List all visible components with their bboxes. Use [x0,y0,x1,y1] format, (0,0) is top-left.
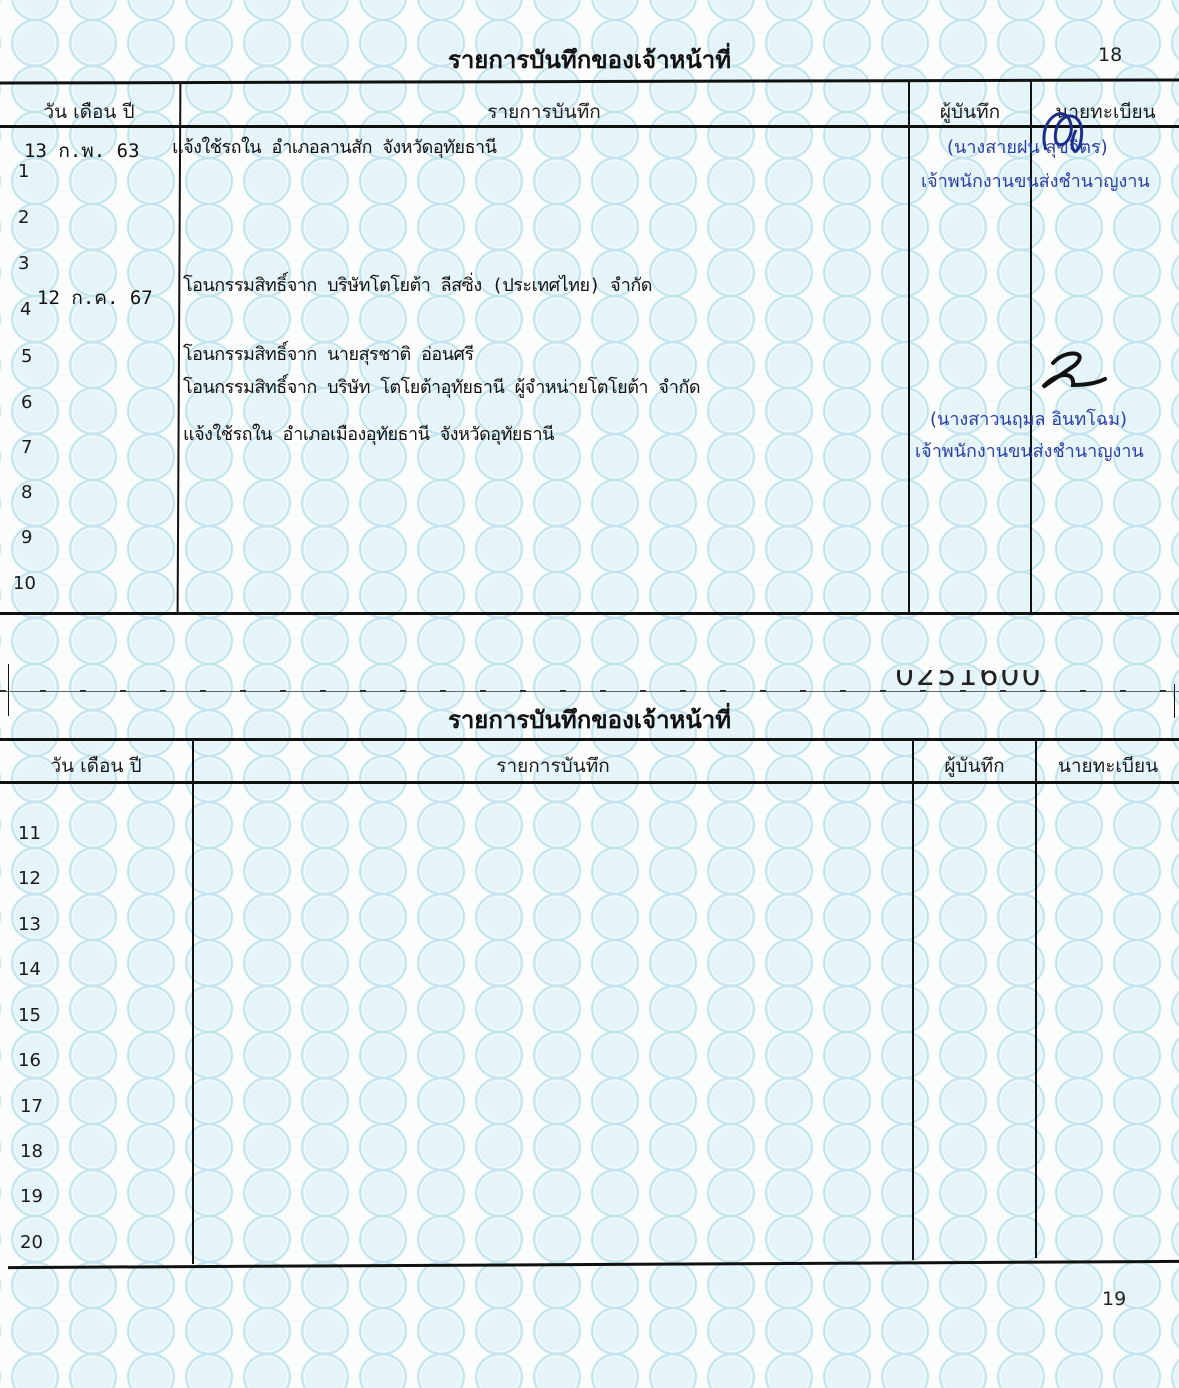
column-divider [192,740,194,1264]
record-entry-line: โอนกรรมสิทธิ์จาก บริษัท โตโยต้าอุทัยธานี… [183,372,700,401]
record-entry-line: แจ้งใช้รถใน อำเภอเมืองอุทัยธานี จังหวัดอ… [183,419,554,448]
column-divider [912,740,914,1260]
header-date: วัน เดือน ปี [0,97,178,127]
row-number: 9 [21,527,32,548]
row-number: 17 [20,1096,43,1117]
row-number: 7 [21,437,32,458]
record-entry-line: โอนกรรมสิทธิ์จาก บริษัทโตโยต้า ลีสซิ่ง (… [183,270,652,299]
row-number: 16 [18,1050,41,1071]
table-top-border [0,738,1179,741]
row-number: 18 [20,1141,43,1162]
header-entry: รายการบันทึก [180,97,908,127]
table-bottom-border [8,1260,1179,1269]
page-number: 18 [1098,44,1122,66]
officer-stamp-name: (นางสาวนฤมล อินทโฉม) [930,404,1127,433]
column-divider [1035,740,1037,1258]
page-title: รายการบันทึกของเจ้าหน้าที่ [0,40,1179,79]
header-registrar: นายทะเบียน [1037,751,1179,781]
officer-stamp-position: เจ้าพนักงานขนส่งชำนาญงาน [921,166,1150,195]
header-recorder: ผู้บันทึก [910,97,1030,127]
record-entry-line: แจ้งใช้รถใน อำเภอลานสัก จังหวัดอุทัยธานี [172,132,496,161]
column-divider [177,82,182,614]
row-number: 20 [20,1232,43,1253]
registrar-signature-icon [1026,100,1106,170]
row-number: 10 [13,573,36,594]
header-entry: รายการบันทึก [194,751,912,781]
record-date: 12 ก.ค. 67 [37,283,153,313]
record-date: 13 ก.พ. 63 [24,136,140,166]
table-top-border [0,78,1179,84]
row-number: 12 [18,868,41,889]
header-recorder: ผู้บันทึก [914,751,1035,781]
record-entry-line: โอนกรรมสิทธิ์จาก นายสุรชาติ อ่อนศรี [183,339,474,368]
column-divider [908,80,910,614]
row-number: 8 [21,482,32,503]
row-number: 3 [18,253,29,274]
header-date: วัน เดือน ปี [0,751,192,781]
row-number: 19 [20,1186,43,1207]
row-number: 15 [18,1005,41,1026]
page-title: รายการบันทึกของเจ้าหน้าที่ [0,700,1179,739]
row-number: 6 [21,392,32,413]
row-number: 4 [20,299,31,320]
row-number: 5 [21,346,32,367]
serial-number: 0251600 [895,670,1043,694]
row-number: 11 [18,823,41,844]
officer-stamp-position: เจ้าพนักงานขนส่งชำนาญงาน [915,436,1144,465]
header-bottom-border [0,781,1179,784]
row-number: 13 [18,914,41,935]
row-number: 14 [18,959,41,980]
row-number: 2 [18,207,29,228]
registrar-signature-icon [1035,345,1115,395]
page-number: 19 [1102,1288,1126,1310]
